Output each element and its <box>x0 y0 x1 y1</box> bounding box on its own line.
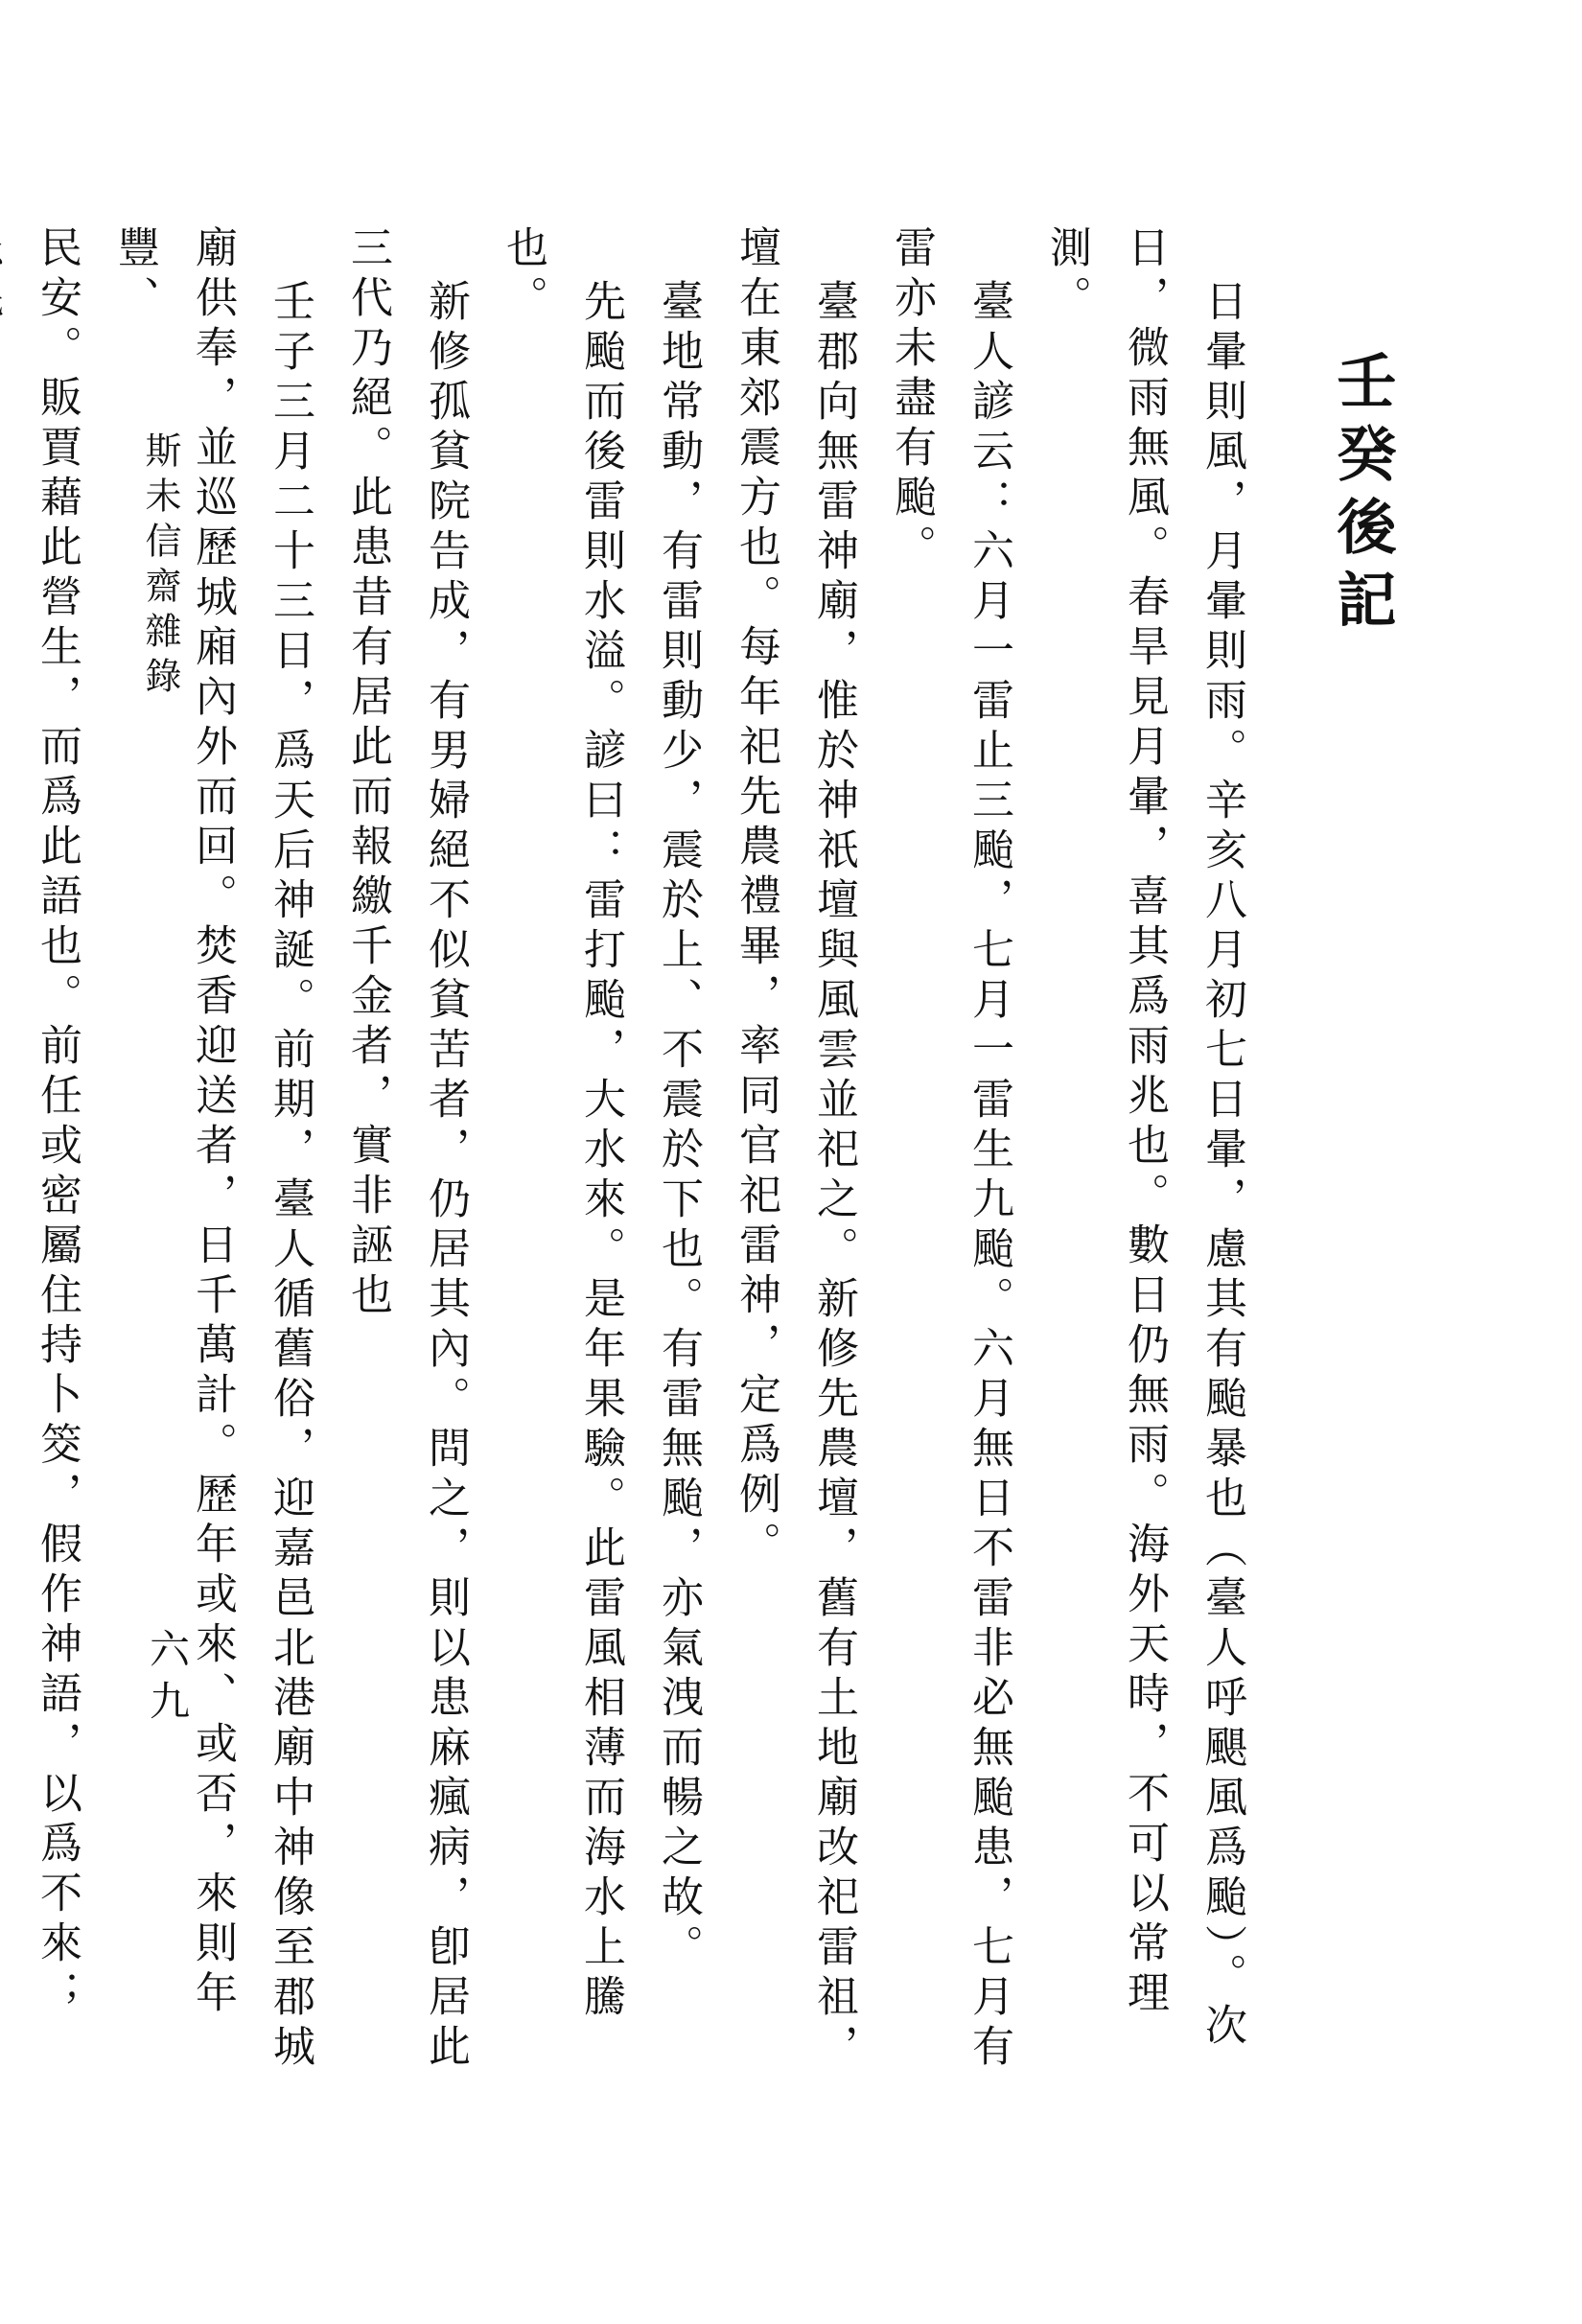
book-title-margin-label: 斯未信齋雜錄 <box>134 431 187 702</box>
text-column: 民安。販賈藉此營生，而爲此語也。前任或密屬住持卜筊，假作神語，以爲不來；愚民 <box>0 225 96 2028</box>
text-column: 臺郡向無雷神廟，惟於神祇壇與風雲並祀之。新修先農壇，舊有土地廟改祀雷祖， <box>795 225 872 2081</box>
page-number: 六九 <box>138 1628 196 1731</box>
text-column: 新修孤貧院告成，有男婦絕不似貧苦者，仍居其內。問之，則以患麻瘋病，卽居此 <box>407 225 484 2081</box>
section-title: 壬癸後記 <box>1319 350 1405 641</box>
text-column: 也。 <box>484 225 562 2028</box>
scanned-book-page: 壬癸後記 日暈則風，月暈則雨。辛亥八月初七日暈，慮其有颱暴也（臺人呼颶風爲颱）。… <box>0 0 1582 2324</box>
text-column: 日，微雨無風。春旱見月暈，喜其爲雨兆也。數日仍無雨。海外天時，不可以常理測。 <box>1028 225 1183 2028</box>
text-column: 日暈則風，月暈則雨。辛亥八月初七日暈，慮其有颱暴也（臺人呼颶風爲颱）。次 <box>1183 225 1261 2081</box>
text-column: 壬子三月二十三日，爲天后神誕。前期，臺人循舊俗，迎嘉邑北港廟中神像至郡城 <box>251 225 329 2081</box>
text-column: 先颱而後雷則水溢。諺曰：雷打颱，大水來。是年果驗。此雷風相薄而海水上騰 <box>562 225 640 2081</box>
text-block: 日暈則風，月暈則雨。辛亥八月初七日暈，慮其有颱暴也（臺人呼颶風爲颱）。次日，微雨… <box>0 225 1261 2028</box>
text-column: 壇在東郊震方也。每年祀先農禮畢，率同官祀雷神，定爲例。 <box>717 225 795 2028</box>
text-column: 雷亦未盡有颱。 <box>872 225 950 2028</box>
text-column: 三代乃絕。此患昔有居此而報繳千金者，實非誣也 <box>329 225 407 2028</box>
text-column: 臺人諺云：六月一雷止三颱，七月一雷生九颱。六月無日不雷非必無颱患，七月有 <box>950 225 1028 2081</box>
text-column: 臺地常動，有雷則動少，震於上、不震於下也。有雷無颱，亦氣洩而暢之故。 <box>640 225 717 2081</box>
